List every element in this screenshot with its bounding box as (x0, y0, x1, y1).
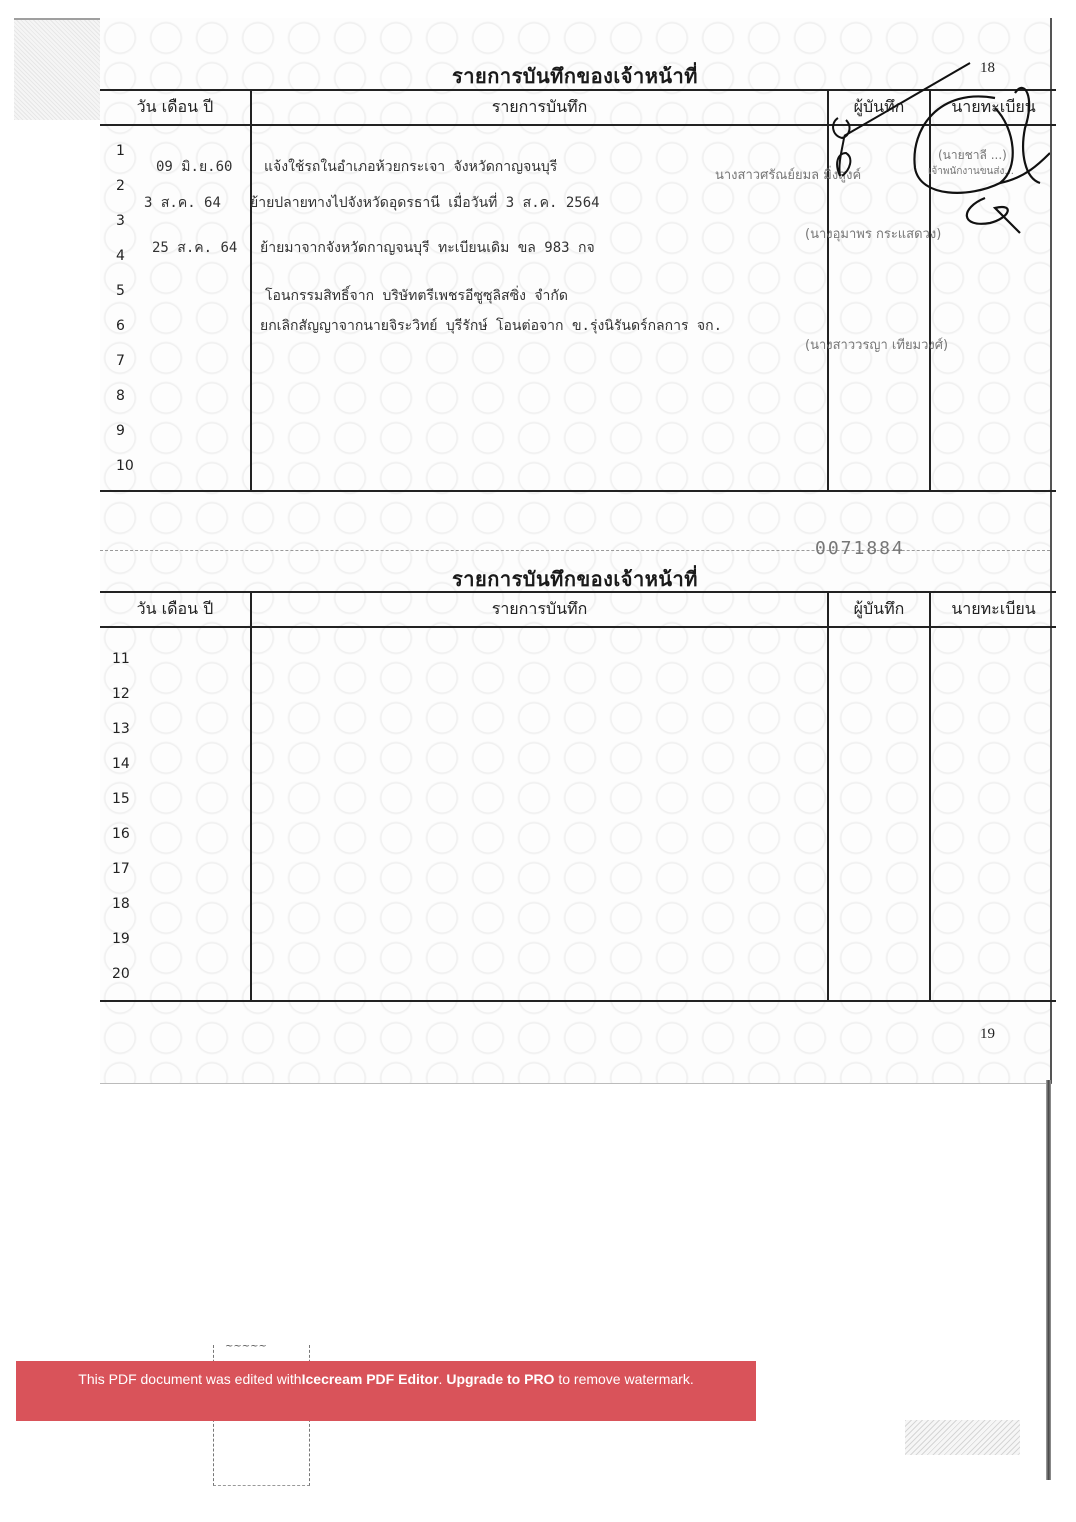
watermark-banner[interactable]: This PDF document was edited with Icecre… (16, 1361, 756, 1421)
header-entry: รายการบันทึก (251, 90, 828, 125)
page-number: 19 (980, 1026, 995, 1043)
entry-text: ยกเลิกสัญญาจากนายจิระวิทย์ บุรีรักษ์ โอน… (260, 315, 722, 337)
header-recorder: ผู้บันทึก (828, 90, 930, 125)
row-number: 9 (116, 423, 134, 458)
row-numbers-bottom: 11 12 13 14 15 16 17 18 19 20 (112, 651, 130, 1001)
row-number: 11 (112, 651, 130, 686)
entry-date: 25 ส.ค. 64 (152, 237, 237, 259)
row-number: 15 (112, 791, 130, 826)
record-table-bottom: วัน เดือน ปี รายการบันทึก ผู้บันทึก นายท… (100, 591, 1056, 1002)
row-number: 7 (116, 353, 134, 388)
header-registrar: นายทะเบียน (930, 90, 1056, 125)
row-number: 1 (116, 143, 134, 178)
header-date: วัน เดือน ปี (100, 592, 251, 627)
registration-record-page: รายการบันทึกของเจ้าหน้าที่ 18 วัน เดือน … (100, 18, 1052, 1084)
entry-text: ย้ายปลายทางไปจังหวัดอุดรธานี เมื่อวันที่… (250, 192, 600, 214)
watermark-suffix: to remove watermark. (554, 1371, 693, 1387)
page-number: 18 (980, 60, 995, 77)
entry-date: 09 มิ.ย.60 (156, 156, 232, 178)
watermark-middle: . (439, 1371, 447, 1387)
record-table-top: วัน เดือน ปี รายการบันทึก ผู้บันทึก นายท… (100, 89, 1056, 492)
entry-text: ย้ายมาจากจังหวัดกาญจนบุรี ทะเบียนเดิม ขล… (260, 237, 595, 259)
row-number: 5 (116, 283, 134, 318)
page-separator (100, 550, 1050, 551)
registrar-stamp-title: เจ้าพนักงานขนส่ง... (928, 164, 1014, 179)
recorder-name: นางสาวศรัณย์ยมล มิ่งสูงค์ (715, 164, 861, 185)
scan-edge-shadow (14, 18, 108, 120)
recorder-name: (นางสาววรญา เทียมวงศ์) (805, 334, 948, 355)
scan-edge-line (1046, 1080, 1051, 1480)
registrar-column (930, 627, 1056, 1001)
row-number: 17 (112, 861, 130, 896)
row-number: 4 (116, 248, 134, 283)
entry-text: โอนกรรมสิทธิ์จาก บริษัทตรีเพชรอีซูซุลิสซ… (265, 285, 568, 307)
header-registrar: นายทะเบียน (930, 592, 1056, 627)
upgrade-link[interactable]: Upgrade to PRO (446, 1371, 554, 1387)
row-number: 19 (112, 931, 130, 966)
recorder-name: (นางอุมาพร กระแสดวง) (805, 223, 941, 244)
watermark-brand: Icecream PDF Editor (302, 1371, 439, 1387)
registrar-stamp-name: (นายชาลี ...) (938, 146, 1007, 165)
row-number: 12 (112, 686, 130, 721)
row-number: 3 (116, 213, 134, 248)
row-number: 13 (112, 721, 130, 756)
row-number: 8 (116, 388, 134, 423)
row-number: 10 (116, 458, 134, 493)
header-entry: รายการบันทึก (251, 592, 828, 627)
handwritten-note: ~~~~~ (225, 1341, 267, 1352)
entry-column (251, 627, 828, 1001)
row-number: 16 (112, 826, 130, 861)
header-date: วัน เดือน ปี (100, 90, 251, 125)
section-title: รายการบันทึกของเจ้าหน้าที่ (100, 60, 1050, 92)
entry-date: 3 ส.ค. 64 (144, 192, 221, 214)
row-number: 18 (112, 896, 130, 931)
registrar-column (930, 125, 1056, 491)
watermark-prefix: This PDF document was edited with (78, 1371, 301, 1387)
entry-text: แจ้งใช้รถในอำเภอห้วยกระเจา จังหวัดกาญจนบ… (264, 156, 557, 178)
row-number: 6 (116, 318, 134, 353)
recorder-column (828, 627, 930, 1001)
row-number: 2 (116, 178, 134, 213)
row-number: 14 (112, 756, 130, 791)
scan-artifact (905, 1420, 1020, 1455)
serial-number: 0071884 (815, 538, 905, 559)
header-recorder: ผู้บันทึก (828, 592, 930, 627)
row-numbers-top: 1 2 3 4 5 6 7 8 9 10 (116, 143, 134, 493)
row-number: 20 (112, 966, 130, 1001)
